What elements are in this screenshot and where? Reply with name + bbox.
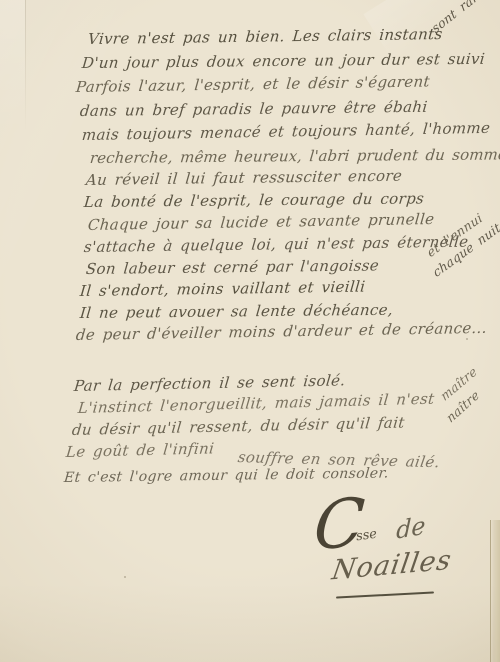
signature-superscript: sse	[355, 527, 378, 545]
signature-underline	[336, 591, 434, 598]
poem-line: Par la perfection il se sent isolé.	[73, 371, 346, 395]
poem-line: mais toujours menacé et toujours hanté, …	[81, 119, 491, 144]
poem-line: Parfois l'azur, l'esprit, et le désir s'…	[75, 72, 431, 96]
poem-line: de peur d'éveiller moins d'ardeur et de …	[75, 319, 488, 344]
poem-line: La bonté de l'esprit, le courage du corp…	[83, 189, 425, 211]
paper-crease-highlight	[0, 0, 25, 132]
ink-speck	[124, 576, 126, 578]
manuscript-page: Vivre n'est pas un bien. Les clairs inst…	[0, 0, 500, 662]
paper-edge	[490, 520, 500, 662]
signature-initial: C	[312, 489, 367, 561]
paper-crease	[25, 0, 26, 132]
poem-line: Le goût de l'infini	[65, 439, 215, 461]
signature-particle: de	[396, 511, 426, 545]
poem-line: D'un jour plus doux encore un jour dur e…	[81, 50, 486, 72]
poem-line: dans un bref paradis le pauvre être ébah…	[79, 98, 428, 120]
poem-line: Au réveil il lui faut ressusciter encore	[85, 167, 403, 189]
poem-line: du désir qu'il ressent, du désir qu'il f…	[71, 413, 406, 439]
poem-line: recherche, même heureux, l'abri prudent …	[89, 145, 500, 167]
poem-line: Il ne peut avouer sa lente déchéance,	[79, 301, 394, 322]
poem-line: Vivre n'est pas un bien. Les clairs inst…	[87, 25, 443, 48]
poem-line: Chaque jour sa lucide et savante prunell…	[87, 210, 435, 234]
poem-line: s'attache à quelque loi, qui n'est pas é…	[83, 233, 469, 256]
poem-line: Et c'est l'ogre amour qui le doit consol…	[63, 465, 389, 486]
poem-line: Il s'endort, moins vaillant et vieilli	[79, 278, 366, 301]
poem-line: Son labeur est cerné par l'angoisse	[85, 256, 380, 278]
ink-speck	[466, 338, 468, 340]
poem-line-tail: sont rares	[429, 0, 492, 36]
